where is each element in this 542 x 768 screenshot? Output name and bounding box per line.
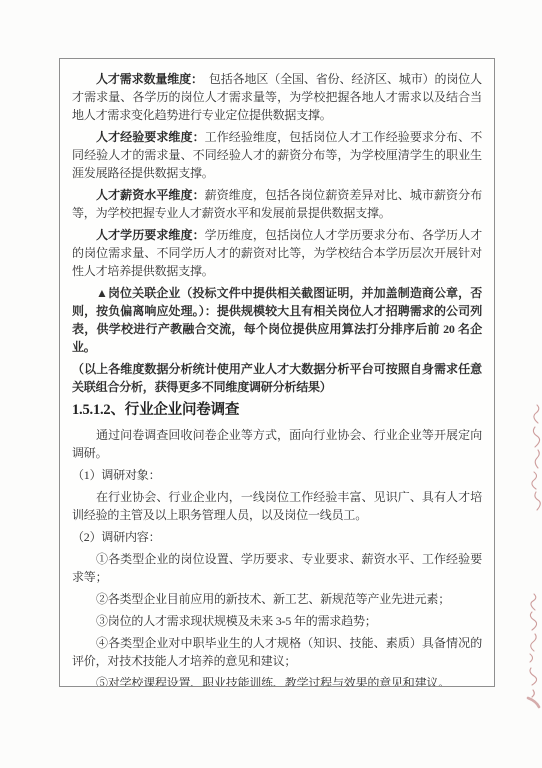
paragraph-survey-intro: 通过问卷调查回收问卷企业等方式，面向行业协会、行业企业等开展定向调研。 xyxy=(72,426,482,462)
scanned-document-page: 人才需求数量维度： 包括各地区（全国、省份、经济区、城市）的岗位人才需求量、各学… xyxy=(0,0,542,768)
paragraph-lead: 人才学历要求维度： xyxy=(96,228,205,242)
survey-item-5: ⑤对学校课程设置、职业技能训练、教学过程与效果的意见和建议。 xyxy=(72,674,482,687)
survey-content-label: （2）调研内容： xyxy=(72,528,482,546)
paragraph-job-related-companies: ▲岗位关联企业（投标文件中提供相关截图证明，并加盖制造商公章，否则，按负偏离响应… xyxy=(72,284,482,356)
survey-item-2: ②各类型企业目前应用的新技术、新工艺、新规范等产业先进元素； xyxy=(72,590,482,608)
survey-target-label: （1）调研对象： xyxy=(72,466,482,484)
paragraph-experience-requirement: 人才经验要求维度：工作经验维度，包括岗位人才工作经验要求分布、不同经验人才的需求… xyxy=(72,128,482,182)
survey-item-3: ③岗位的人才需求现状规模及未来 3-5 年的需求趋势； xyxy=(72,612,482,630)
survey-target-body: 在行业协会、行业企业内，一线岗位工作经验丰富、见识广、具有人才培训经验的主管及以… xyxy=(72,488,482,524)
survey-item-1: ①各类型企业的岗位设置、学历要求、专业要求、薪资水平、工作经验要求等； xyxy=(72,550,482,586)
section-heading: 1.5.1.2、行业企业问卷调查 xyxy=(72,400,482,421)
paragraph-lead: 人才需求数量维度： xyxy=(96,72,209,86)
paragraph-lead: 人才薪资水平维度： xyxy=(96,188,205,202)
paragraph-education-requirement: 人才学历要求维度：学历维度，包括岗位人才学历要求分布、各学历人才的岗位需求量、不… xyxy=(72,226,482,280)
paragraph-demand-quantity: 人才需求数量维度： 包括各地区（全国、省份、经济区、城市）的岗位人才需求量、各学… xyxy=(72,70,482,124)
paragraph-lead: 人才经验要求维度： xyxy=(96,130,205,144)
handwritten-red-annotation-lower xyxy=(522,590,542,712)
content-border-box: 人才需求数量维度： 包括各地区（全国、省份、经济区、城市）的岗位人才需求量、各学… xyxy=(59,58,495,687)
paragraph-salary-level: 人才薪资水平维度：薪资维度，包括各岗位薪资差异对比、城市薪资分布等，为学校把握专… xyxy=(72,186,482,222)
handwritten-red-annotation-upper xyxy=(527,402,542,514)
survey-item-4: ④各类型企业对中职毕业生的人才规格（知识、技能、素质）具备情况的评价，对技术技能… xyxy=(72,634,482,670)
paragraph-platform-note: （以上各维度数据分析统计使用产业人才大数据分析平台可按照自身需求任意关联组合分析… xyxy=(72,360,482,396)
